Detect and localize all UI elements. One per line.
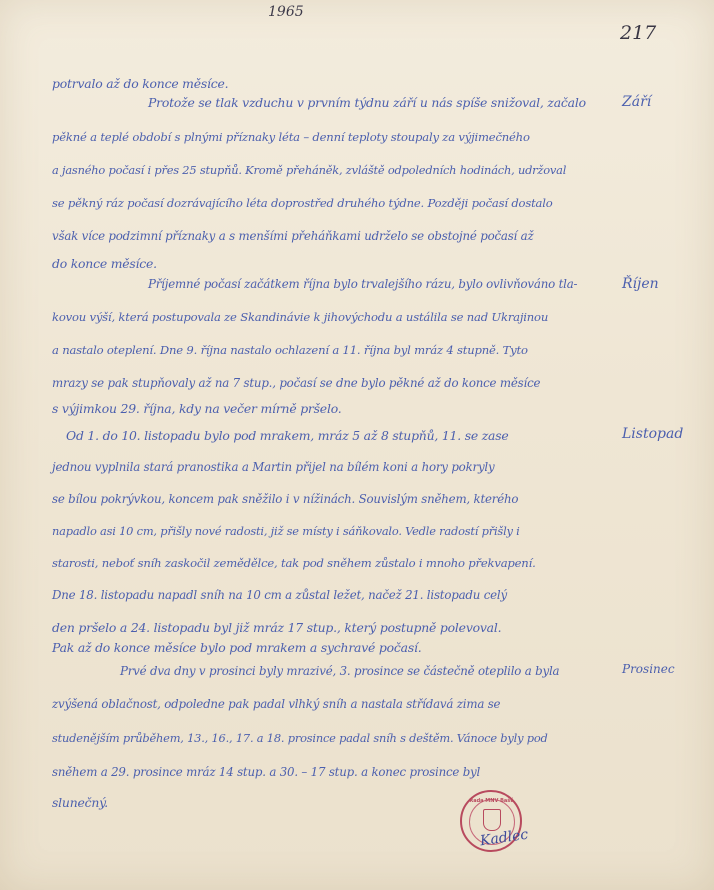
text-line: Pak až do konce měsíce bylo pod mrakem a… <box>52 640 421 655</box>
text-line: napadlo asi 10 cm, přišly nové radosti, … <box>52 524 520 538</box>
text-line: Dne 18. listopadu napadl sníh na 10 cm a… <box>52 588 507 602</box>
text-line: slunečný. <box>52 795 108 810</box>
text-line: Příjemné počasí začátkem října bylo trva… <box>148 277 577 291</box>
margin-label-november: Listopad <box>622 426 683 442</box>
text-line: pěkné a teplé období s plnými příznaky l… <box>52 130 530 144</box>
margin-label-october: Říjen <box>622 276 659 292</box>
text-line: sněhem a 29. prosince mráz 14 stup. a 30… <box>52 765 480 779</box>
text-line: den pršelo a 24. listopadu byl již mráz … <box>52 620 501 635</box>
text-line: mrazy se pak stupňovaly až na 7 stup., p… <box>52 376 540 390</box>
text-line: jednou vyplnila stará pranostika a Marti… <box>52 460 494 474</box>
text-line: kovou výší, která postupovala ze Skandin… <box>52 310 548 324</box>
coat-of-arms-icon <box>483 809 501 831</box>
text-line: starosti, neboť sníh zaskočil zemědělce,… <box>52 556 536 570</box>
text-line: do konce měsíce. <box>52 256 157 271</box>
text-line: se bílou pokrývkou, koncem pak sněžilo i… <box>52 492 518 506</box>
text-line: zvýšená oblačnost, odpoledne pak padal v… <box>52 697 500 711</box>
year-heading: 1965 <box>268 4 304 20</box>
text-line: s výjimkou 29. října, kdy na večer mírně… <box>52 401 341 416</box>
margin-label-september: Září <box>622 94 651 110</box>
text-line: se pěkný ráz počasí dozrávajícího léta d… <box>52 196 553 210</box>
text-line: však více podzimní příznaky a s menšími … <box>52 229 534 243</box>
text-line: Od 1. do 10. listopadu bylo pod mrakem, … <box>66 428 509 443</box>
text-line: Prvé dva dny v prosinci byly mrazivé, 3.… <box>120 664 559 678</box>
chronicle-page: 1965 217 potrvalo až do konce měsíce. Pr… <box>0 0 714 890</box>
text-line: potrvalo až do konce měsíce. <box>52 76 228 91</box>
text-line: a jasného počasí i přes 25 stupňů. Kromě… <box>52 163 566 177</box>
page-number: 217 <box>620 22 656 44</box>
text-line: Protože se tlak vzduchu v prvním týdnu z… <box>148 95 586 110</box>
margin-label-december: Prosinec <box>622 662 675 676</box>
text-line: studenějším průběhem, 13., 16., 17. a 18… <box>52 731 548 745</box>
stamp-text: Rada MNV Bašť <box>462 798 520 804</box>
text-line: a nastalo oteplení. Dne 9. října nastalo… <box>52 343 528 357</box>
